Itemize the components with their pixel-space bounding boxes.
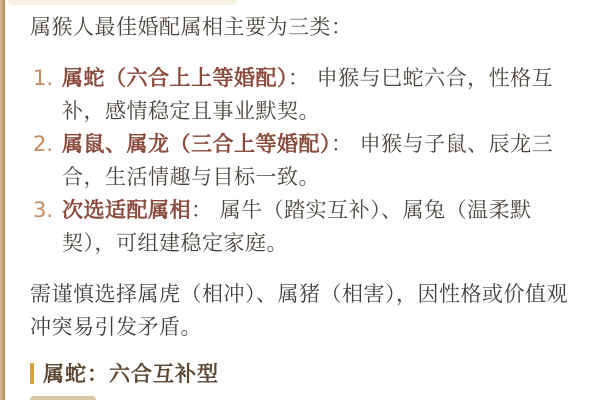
- list-item-snake: 1. 属蛇（六合上上等婚配）： 申猴与巳蛇六合，性格互 补，感情稳定且事业默契。: [30, 62, 578, 128]
- list-item-text-line2: 合，生活情趣与目标一致。: [62, 161, 578, 194]
- bottom-element-remnant: [30, 396, 96, 400]
- list-number: 1.: [33, 62, 53, 95]
- list-item-highlight: 属蛇（六合上上等婚配）: [62, 66, 288, 90]
- list-item-highlight: 次选适配属相: [62, 198, 191, 222]
- list-item-text-line2: 契），可组建稳定家庭。: [62, 227, 578, 260]
- caution-paragraph: 需谨慎选择属虎（相冲）、属猪（相害），因性格或价值观 冲突易引发矛盾。: [30, 278, 578, 344]
- list-item-text: ： 属牛（踏实互补）、属兔（温柔默: [191, 198, 532, 222]
- list-item-text: ： 申猴与子鼠、辰龙三: [331, 132, 553, 156]
- list-number: 2.: [33, 128, 53, 161]
- match-list: 1. 属蛇（六合上上等婚配）： 申猴与巳蛇六合，性格互 补，感情稳定且事业默契。…: [30, 62, 578, 260]
- intro-paragraph: 属猴人最佳婚配属相主要为三类：: [30, 14, 578, 40]
- caution-line1: 需谨慎选择属虎（相冲）、属猪（相害），因性格或价值观: [30, 282, 568, 306]
- list-item-text-line2: 补，感情稳定且事业默契。: [62, 95, 578, 128]
- article-content: 属猴人最佳婚配属相主要为三类： 1. 属蛇（六合上上等婚配）： 申猴与巳蛇六合，…: [30, 0, 578, 388]
- list-item-text: ： 申猴与巳蛇六合，性格互: [288, 66, 553, 90]
- left-border-strip: [0, 0, 5, 400]
- section-heading-text: 属蛇：六合互补型: [43, 358, 219, 388]
- list-number: 3.: [33, 194, 53, 227]
- list-item-highlight: 属鼠、属龙（三合上等婚配）: [62, 132, 331, 156]
- section-heading: 属蛇：六合互补型: [30, 358, 578, 388]
- list-item-rat-dragon: 2. 属鼠、属龙（三合上等婚配）： 申猴与子鼠、辰龙三 合，生活情趣与目标一致。: [30, 128, 578, 194]
- heading-accent-bar: [30, 363, 34, 384]
- caution-line2: 冲突易引发矛盾。: [30, 315, 202, 339]
- list-item-secondary: 3. 次选适配属相： 属牛（踏实互补）、属兔（温柔默 契），可组建稳定家庭。: [30, 194, 578, 260]
- zodiac-article-page: 属猴人最佳婚配属相主要为三类： 1. 属蛇（六合上上等婚配）： 申猴与巳蛇六合，…: [0, 0, 600, 400]
